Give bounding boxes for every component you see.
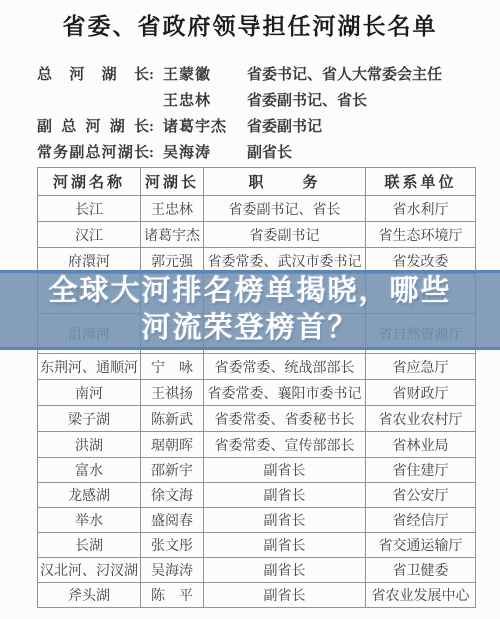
intro-label: 常务副总河湖长	[37, 140, 149, 166]
table-row: 梁子湖陈新武省委常委、省委秘书长省农业农村厅	[38, 406, 476, 432]
table-row: 长湖张文彤副省长省交通运输厅	[38, 533, 476, 558]
river-chiefs-table: 河湖名称河湖长职 务联系单位 长江王忠林省委副书记、省长省水利厅汉江诸葛宇杰省委…	[37, 167, 476, 608]
column-header: 河湖长	[141, 168, 204, 196]
table-row: 长江王忠林省委副书记、省长省水利厅	[38, 196, 476, 222]
table-cell: 汉江	[38, 222, 141, 248]
table-cell: 省委常委、统战部部长	[204, 354, 366, 380]
chief-position: 副省长	[247, 140, 292, 166]
table-cell: 省委副书记	[204, 222, 366, 248]
table-cell: 省财政厅	[366, 380, 476, 406]
table-cell: 汉北河、汈汊湖	[38, 558, 141, 583]
table-cell: 宁 咏	[141, 354, 204, 380]
table-cell: 省委副书记、省长	[204, 196, 366, 222]
table-cell: 张文彤	[141, 533, 204, 558]
table-cell: 梁子湖	[38, 406, 141, 432]
column-header: 河湖名称	[38, 168, 141, 196]
column-header: 联系单位	[366, 168, 476, 196]
table-cell: 长江	[38, 196, 141, 222]
table-cell: 省应急厅	[366, 354, 476, 380]
table-cell: 盛阅春	[141, 508, 204, 533]
table-cell: 举水	[38, 508, 141, 533]
table-cell: 省水利厅	[366, 196, 476, 222]
table-cell: 副省长	[204, 458, 366, 483]
table-cell: 省住建厅	[366, 458, 476, 483]
table-row: 汉江诸葛宇杰省委副书记省生态环境厅	[38, 222, 476, 248]
headline-line-2: 河流荣登榜首？	[0, 310, 500, 347]
table-cell: 副省长	[204, 483, 366, 508]
table-row: 汉北河、汈汊湖吴海涛副省长省卫健委	[38, 558, 476, 583]
table-cell: 东荆河、通顺河	[38, 354, 141, 380]
table-row: 富水邵新宇副省长省住建厅	[38, 458, 476, 483]
table-row: 斧头湖陈 平副省长省农业发展中心	[38, 583, 476, 608]
table-row: 东荆河、通顺河宁 咏省委常委、统战部部长省应急厅	[38, 354, 476, 380]
table-cell: 斧头湖	[38, 583, 141, 608]
table-cell: 省委常委、宣传部部长	[204, 432, 366, 458]
chief-name: 王蒙徽	[163, 62, 247, 88]
table-cell: 徐文海	[141, 483, 204, 508]
chief-name: 王忠林	[163, 88, 247, 114]
table-cell: 省林业局	[366, 432, 476, 458]
table-cell: 琚朝晖	[141, 432, 204, 458]
chief-position: 省委副书记、省长	[247, 88, 367, 114]
table-cell: 省生态环境厅	[366, 222, 476, 248]
table-cell: 省卫健委	[366, 558, 476, 583]
table-cell: 省交通运输厅	[366, 533, 476, 558]
intro-colon: :	[149, 114, 163, 140]
table-row: 举水盛阅春副省长省经信厅	[38, 508, 476, 533]
table-cell: 省委常委、省委秘书长	[204, 406, 366, 432]
chief-position: 省委书记、省人大常委会主任	[247, 62, 442, 88]
intro-colon: :	[149, 140, 163, 166]
page-title: 省委、省政府领导担任河湖长名单	[0, 8, 500, 41]
table-cell: 王忠林	[141, 196, 204, 222]
intro-line: 王忠林省委副书记、省长	[37, 88, 477, 114]
table-cell: 副省长	[204, 533, 366, 558]
chief-name: 吴海涛	[163, 140, 247, 166]
intro-line: 常务副总河湖长:吴海涛副省长	[37, 140, 477, 166]
table-cell: 长湖	[38, 533, 141, 558]
table-cell: 南河	[38, 380, 141, 406]
chief-list-intro: 总河湖长:王蒙徽省委书记、省人大常委会主任王忠林省委副书记、省长副总河湖长:诸葛…	[37, 62, 477, 166]
table-cell: 副省长	[204, 508, 366, 533]
table-cell: 副省长	[204, 583, 366, 608]
table-row: 洪湖琚朝晖省委常委、宣传部部长省林业局	[38, 432, 476, 458]
intro-label: 总河湖长	[37, 62, 149, 88]
table-cell: 省委常委、襄阳市委书记	[204, 380, 366, 406]
intro-line: 总河湖长:王蒙徽省委书记、省人大常委会主任	[37, 62, 477, 88]
table-cell: 诸葛宇杰	[141, 222, 204, 248]
chief-position: 省委副书记	[247, 114, 322, 140]
table-cell: 龙感湖	[38, 483, 141, 508]
table-cell: 省农业发展中心	[366, 583, 476, 608]
table-row: 南河王祺扬省委常委、襄阳市委书记省财政厅	[38, 380, 476, 406]
table-row: 龙感湖徐文海副省长省公安厅	[38, 483, 476, 508]
table-cell: 富水	[38, 458, 141, 483]
column-header: 职 务	[204, 168, 366, 196]
intro-colon: :	[149, 62, 163, 88]
table-cell: 邵新宇	[141, 458, 204, 483]
table-cell: 省农业农村厅	[366, 406, 476, 432]
intro-line: 副总河湖长:诸葛宇杰省委副书记	[37, 114, 477, 140]
table-cell: 陈新武	[141, 406, 204, 432]
table-cell: 省公安厅	[366, 483, 476, 508]
intro-label: 副总河湖长	[37, 114, 149, 140]
table-cell: 副省长	[204, 558, 366, 583]
headline-banner-overlay: 全球大河排名榜单揭晓，哪些 河流荣登榜首？	[0, 270, 500, 350]
table-cell: 王祺扬	[141, 380, 204, 406]
table-cell: 吴海涛	[141, 558, 204, 583]
chief-name: 诸葛宇杰	[163, 114, 247, 140]
headline-line-1: 全球大河排名榜单揭晓，哪些	[0, 273, 500, 310]
table-cell: 洪湖	[38, 432, 141, 458]
table-cell: 陈 平	[141, 583, 204, 608]
table-header-row: 河湖名称河湖长职 务联系单位	[38, 168, 476, 196]
document-page: 省委、省政府领导担任河湖长名单 总河湖长:王蒙徽省委书记、省人大常委会主任王忠林…	[0, 0, 500, 619]
table-cell: 省经信厅	[366, 508, 476, 533]
